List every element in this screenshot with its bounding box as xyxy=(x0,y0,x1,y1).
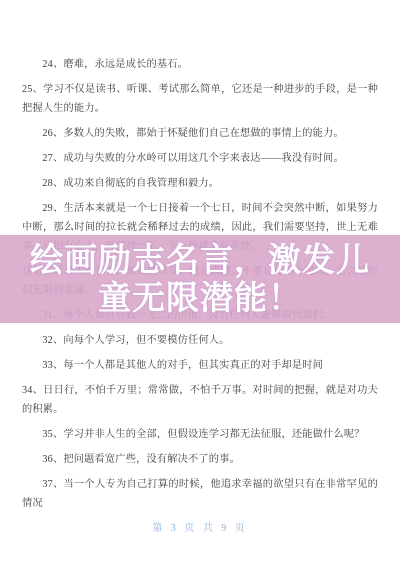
quote-25: 25、学习不仅是读书、听课、考试那么简单，它还是一种进步的手段，是一种把握人生的… xyxy=(22,80,378,118)
quote-34: 34、日日行，不怕千万里；常常做，不怕千万事。对时间的把握，就是对功夫的积累。 xyxy=(22,381,378,419)
quote-24: 24、磨难，永远是成长的基石。 xyxy=(22,55,378,74)
banner-title-line-2: 童无限潜能！ xyxy=(0,279,400,317)
title-banner: 绘画励志名言，激发儿 童无限潜能！ xyxy=(0,235,400,323)
quote-36: 36、把问题看宽广些，没有解决不了的事。 xyxy=(22,450,378,469)
quote-27: 27、成功与失败的分水岭可以用这几个字来表达——我没有时间。 xyxy=(22,149,378,168)
quote-28: 28、成功来自彻底的自我管理和毅力。 xyxy=(22,174,378,193)
page-number-footer: 第 3 页 共 9 页 xyxy=(0,519,400,534)
quote-26: 26、多数人的失败，都始于怀疑他们自己在想做的事情上的能力。 xyxy=(22,124,378,143)
quote-37: 37、当一个人专为自己打算的时候，他追求幸福的欲望只有在非常罕见的情况 xyxy=(22,475,378,513)
banner-title-line-1: 绘画励志名言，激发儿 xyxy=(0,241,400,279)
document-page: 24、磨难，永远是成长的基石。 25、学习不仅是读书、听课、考试那么简单，它还是… xyxy=(0,0,400,566)
quote-32: 32、向每个人学习，但不要模仿任何人。 xyxy=(22,331,378,350)
quote-35: 35、学习并非人生的全部，但假设连学习都无法征服，还能做什么呢？ xyxy=(22,425,378,444)
quote-33: 33、每一个人都是其他人的对手，但其实真正的对手却是时间 xyxy=(22,356,378,375)
